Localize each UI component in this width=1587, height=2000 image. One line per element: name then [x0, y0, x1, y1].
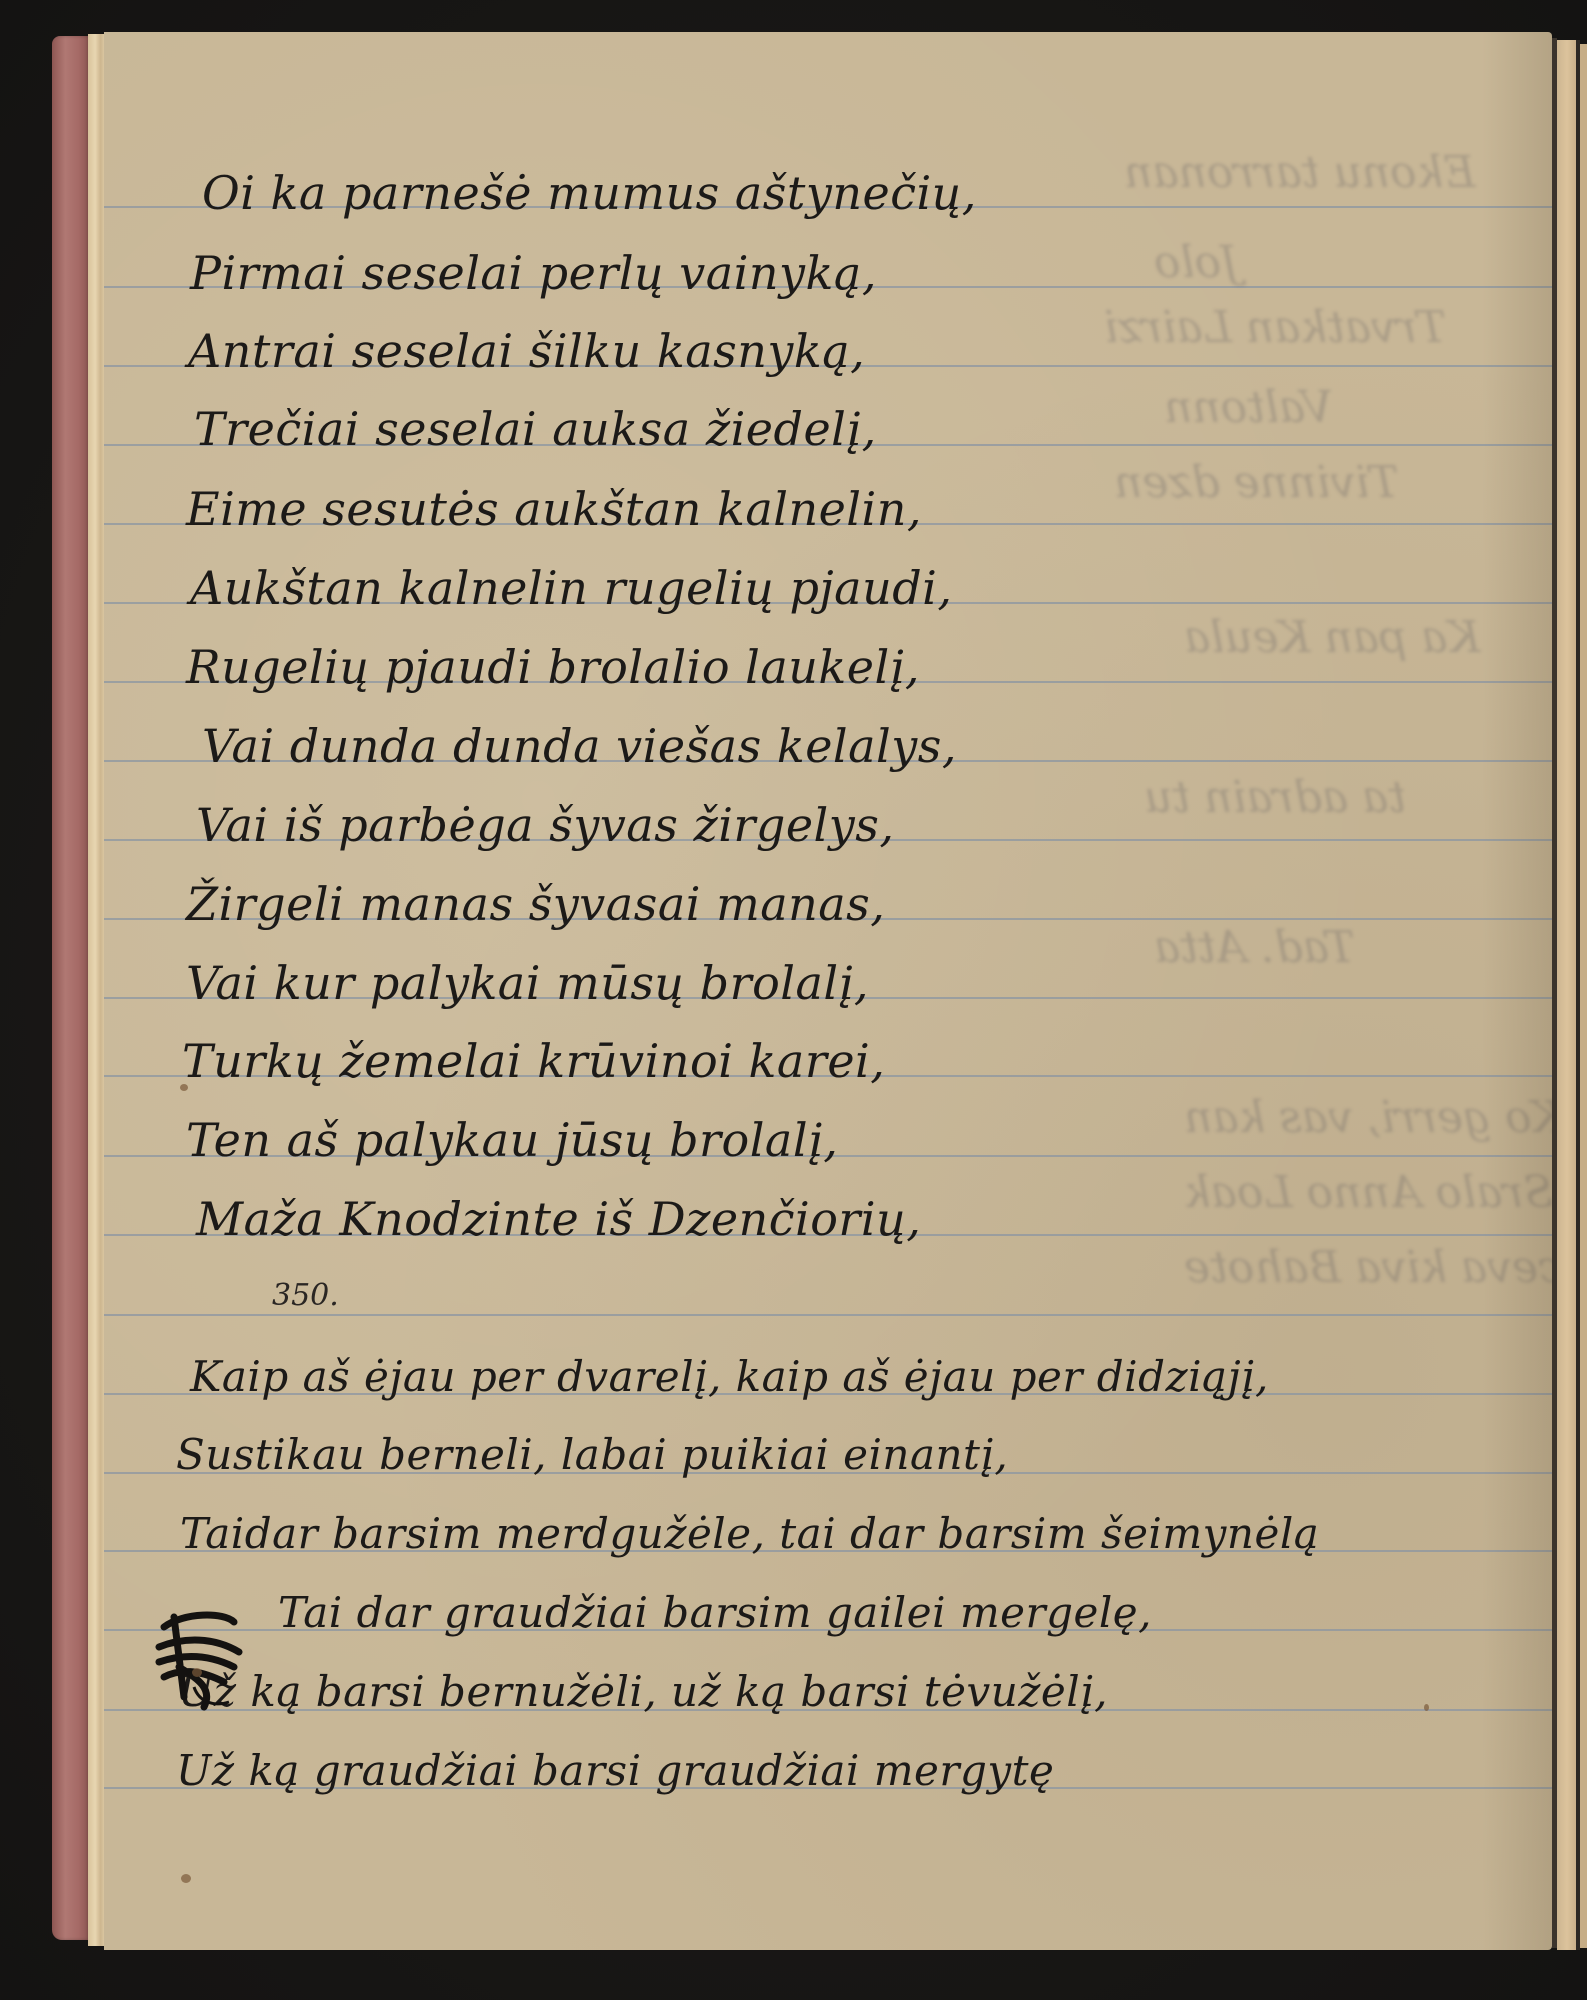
paper-stain: [181, 1874, 191, 1883]
verse-line: Kaip aš ėjau per dvarelį, kaip aš ėjau p…: [190, 1352, 1269, 1401]
paper-stain: [1424, 1704, 1429, 1711]
paper-stain: [180, 1084, 188, 1091]
next-leaf-edge: [1580, 44, 1587, 1948]
verse-line: Taidar barsim merdgužėle, tai dar barsim…: [180, 1509, 1319, 1558]
paper-stain: [192, 1668, 202, 1677]
verse-line: Sustikau berneli, labai puikiai einantį,: [176, 1430, 1008, 1479]
stanza-2: Kaip aš ėjau per dvarelį, kaip aš ėjau p…: [104, 32, 1552, 1950]
next-leaf-edge: [1557, 40, 1577, 1950]
notebook-page: Ekonu tarronan Jolo Trvatkan Lairzi Valt…: [104, 32, 1552, 1950]
notebook-binding: [52, 36, 90, 1940]
verse-line: Už ką graudžiai barsi graudžiai mergytę: [176, 1746, 1054, 1795]
verse-line: Už ką barsi bernužėli, už ką barsi tėvuž…: [178, 1667, 1108, 1716]
verse-line: Tai dar graudžiai barsim gailei mergelę,: [278, 1588, 1152, 1637]
crossed-out-scribble: [154, 1607, 244, 1717]
